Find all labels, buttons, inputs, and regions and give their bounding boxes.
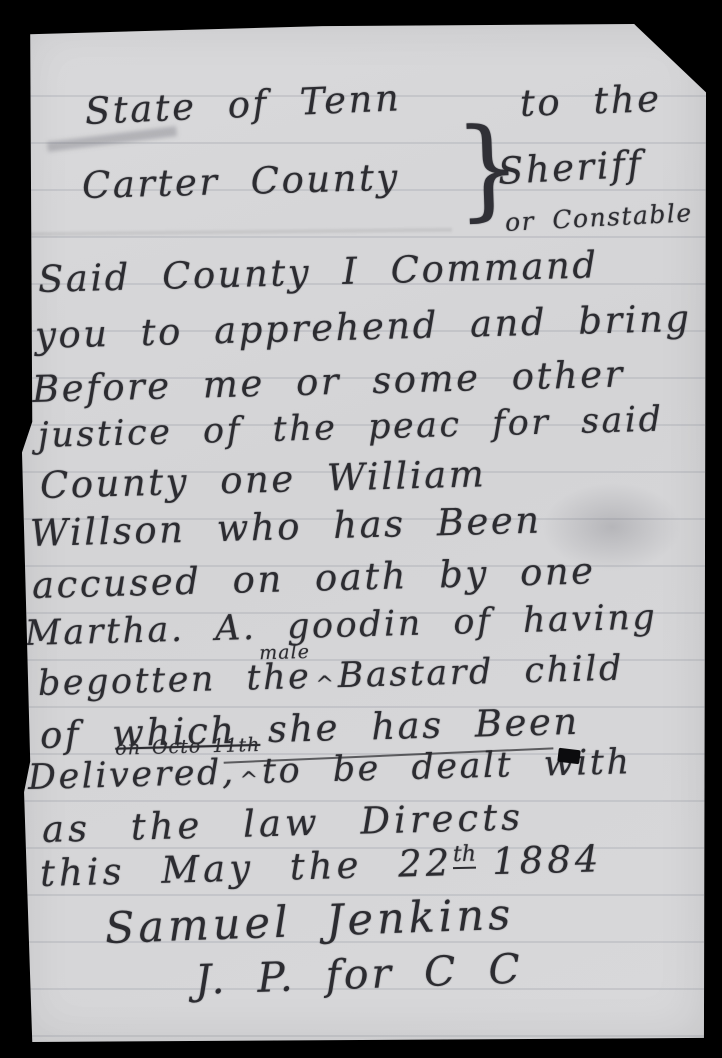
body-line-martha: Martha. A. goodin of having	[24, 597, 657, 654]
body-line-accused: accused on oath by one	[31, 549, 596, 607]
interlinear-insert-male: male	[259, 641, 310, 664]
body-line-delivered: Delivered,^to be dealt with on Octo 11th	[27, 742, 632, 799]
insertion-caret: ^	[315, 672, 334, 697]
scan-background: State of Tenn to the } Carter County She…	[0, 0, 722, 1058]
header-addressee-alt: or Constable of	[504, 196, 722, 237]
ink-blot	[557, 748, 581, 765]
signature-name: Samuel Jenkins	[104, 890, 515, 954]
body-line-command: Said County I Command	[37, 243, 599, 301]
body-line-county-one: County one William	[39, 452, 486, 507]
date-ordinal-suffix: th	[453, 842, 477, 870]
paper-crease	[22, 228, 452, 237]
header-addressee: Sheriff	[497, 142, 645, 193]
signature-title: J. P. for C C	[194, 945, 523, 1004]
begotten-pre-text: begotten the	[37, 657, 311, 704]
interlinear-insert-delivery-date: on Octo 11th	[115, 734, 261, 760]
body-line-willson: Willson who has Been	[29, 499, 542, 555]
delivered-pre-text: Delivered,	[27, 753, 236, 798]
begotten-post-text: Bastard child	[337, 649, 624, 696]
body-line-begotten: begotten the^Bastard child male	[37, 649, 624, 705]
date-year: 1884	[492, 837, 603, 883]
insertion-caret-2: ^	[239, 768, 258, 793]
header-addressee-intro: to the	[519, 77, 662, 125]
header-county-line: Carter County	[81, 156, 400, 207]
document-paper: State of Tenn to the } Carter County She…	[22, 22, 706, 1042]
header-state-line: State of Tenn	[84, 76, 402, 133]
body-line-apprehend: you to apprehend and bring	[34, 297, 692, 357]
